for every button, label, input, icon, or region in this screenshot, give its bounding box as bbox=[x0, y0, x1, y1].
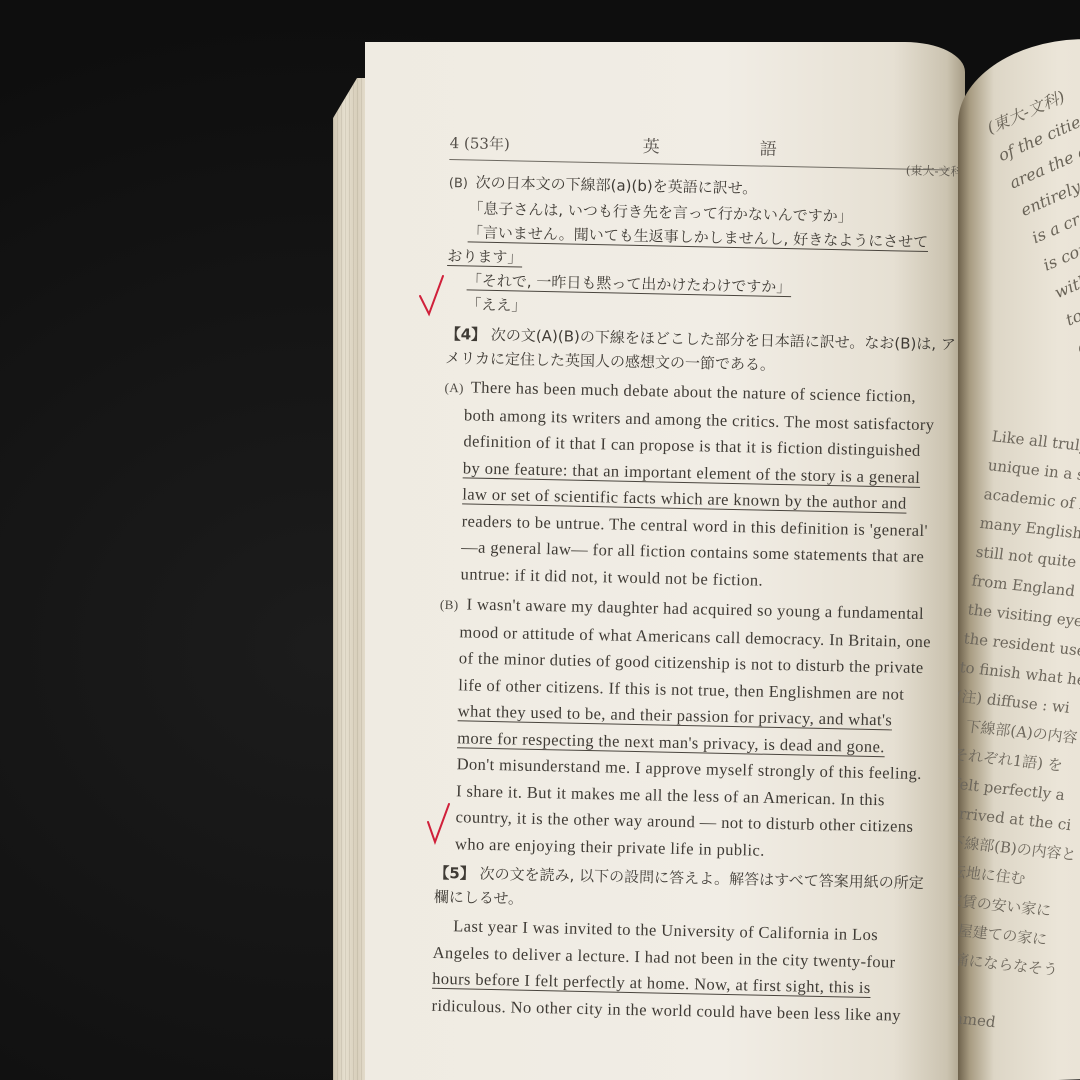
title-char: 語 bbox=[759, 134, 817, 160]
right-page-bottom-text: Like all truly grea unique in a special … bbox=[958, 422, 1080, 1045]
subject-title: 英語 bbox=[642, 132, 876, 162]
question-number: 【4】 bbox=[445, 325, 486, 344]
question-4-instruction: 【4】 次の文(A)(B)の下線をほどこした部分を日本語に訳せ。なお(B)は, … bbox=[445, 322, 936, 380]
red-check-mark-q5 bbox=[425, 802, 455, 848]
instruction-text: 次の日本文の下線部(a)(b)を英語に訳せ。 bbox=[475, 174, 757, 198]
right-page-top-text: (東大-文科) of the cities I have area the ci… bbox=[982, 63, 1080, 445]
exam-year: (53年) bbox=[464, 134, 510, 153]
page-number-year: 4 (53年) bbox=[449, 132, 510, 154]
passage-label: (B) bbox=[440, 592, 463, 619]
question-5-instruction: 【5】 次の文を読み, 以下の設問に答えよ。解答はすべて答案用紙の所定 欄にしる… bbox=[434, 861, 925, 919]
page-number: 4 bbox=[449, 134, 459, 152]
passage-q5: Last year I was invited to the Universit… bbox=[431, 913, 923, 1029]
left-page: 4 (53年) 英語 (東大-文科) (B) 次の日本文の下線部(a)(b)を英… bbox=[365, 42, 965, 1080]
school-tag: (東大-文科) bbox=[906, 162, 965, 180]
section-b-japanese: (B) 次の日本文の下線部(a)(b)を英語に訳せ。 「息子さんは, いつも行き… bbox=[446, 170, 939, 326]
dialogue-line-underlined-a: おります」 bbox=[447, 244, 523, 270]
passage-b: (B) I wasn't aware my daughter had acqui… bbox=[435, 591, 930, 867]
passage-label: (A) bbox=[444, 375, 467, 402]
passage-text: I wasn't aware my daughter had acquired … bbox=[466, 594, 924, 623]
running-head: 4 (53年) 英語 (東大-文科) bbox=[449, 128, 950, 170]
right-page-partial: (東大-文科) of the cities I have area the ci… bbox=[958, 37, 1080, 1080]
question-number: 【5】 bbox=[434, 864, 475, 883]
passage-a: (A) There has been much debate about the… bbox=[440, 374, 934, 597]
page-content: 4 (53年) 英語 (東大-文科) (B) 次の日本文の下線部(a)(b)を英… bbox=[431, 128, 940, 1029]
red-check-mark-q4 bbox=[417, 274, 447, 320]
passage-text: There has been much debate about the nat… bbox=[471, 377, 917, 405]
section-label: (B) bbox=[449, 172, 471, 196]
title-char: 英 bbox=[642, 132, 700, 158]
